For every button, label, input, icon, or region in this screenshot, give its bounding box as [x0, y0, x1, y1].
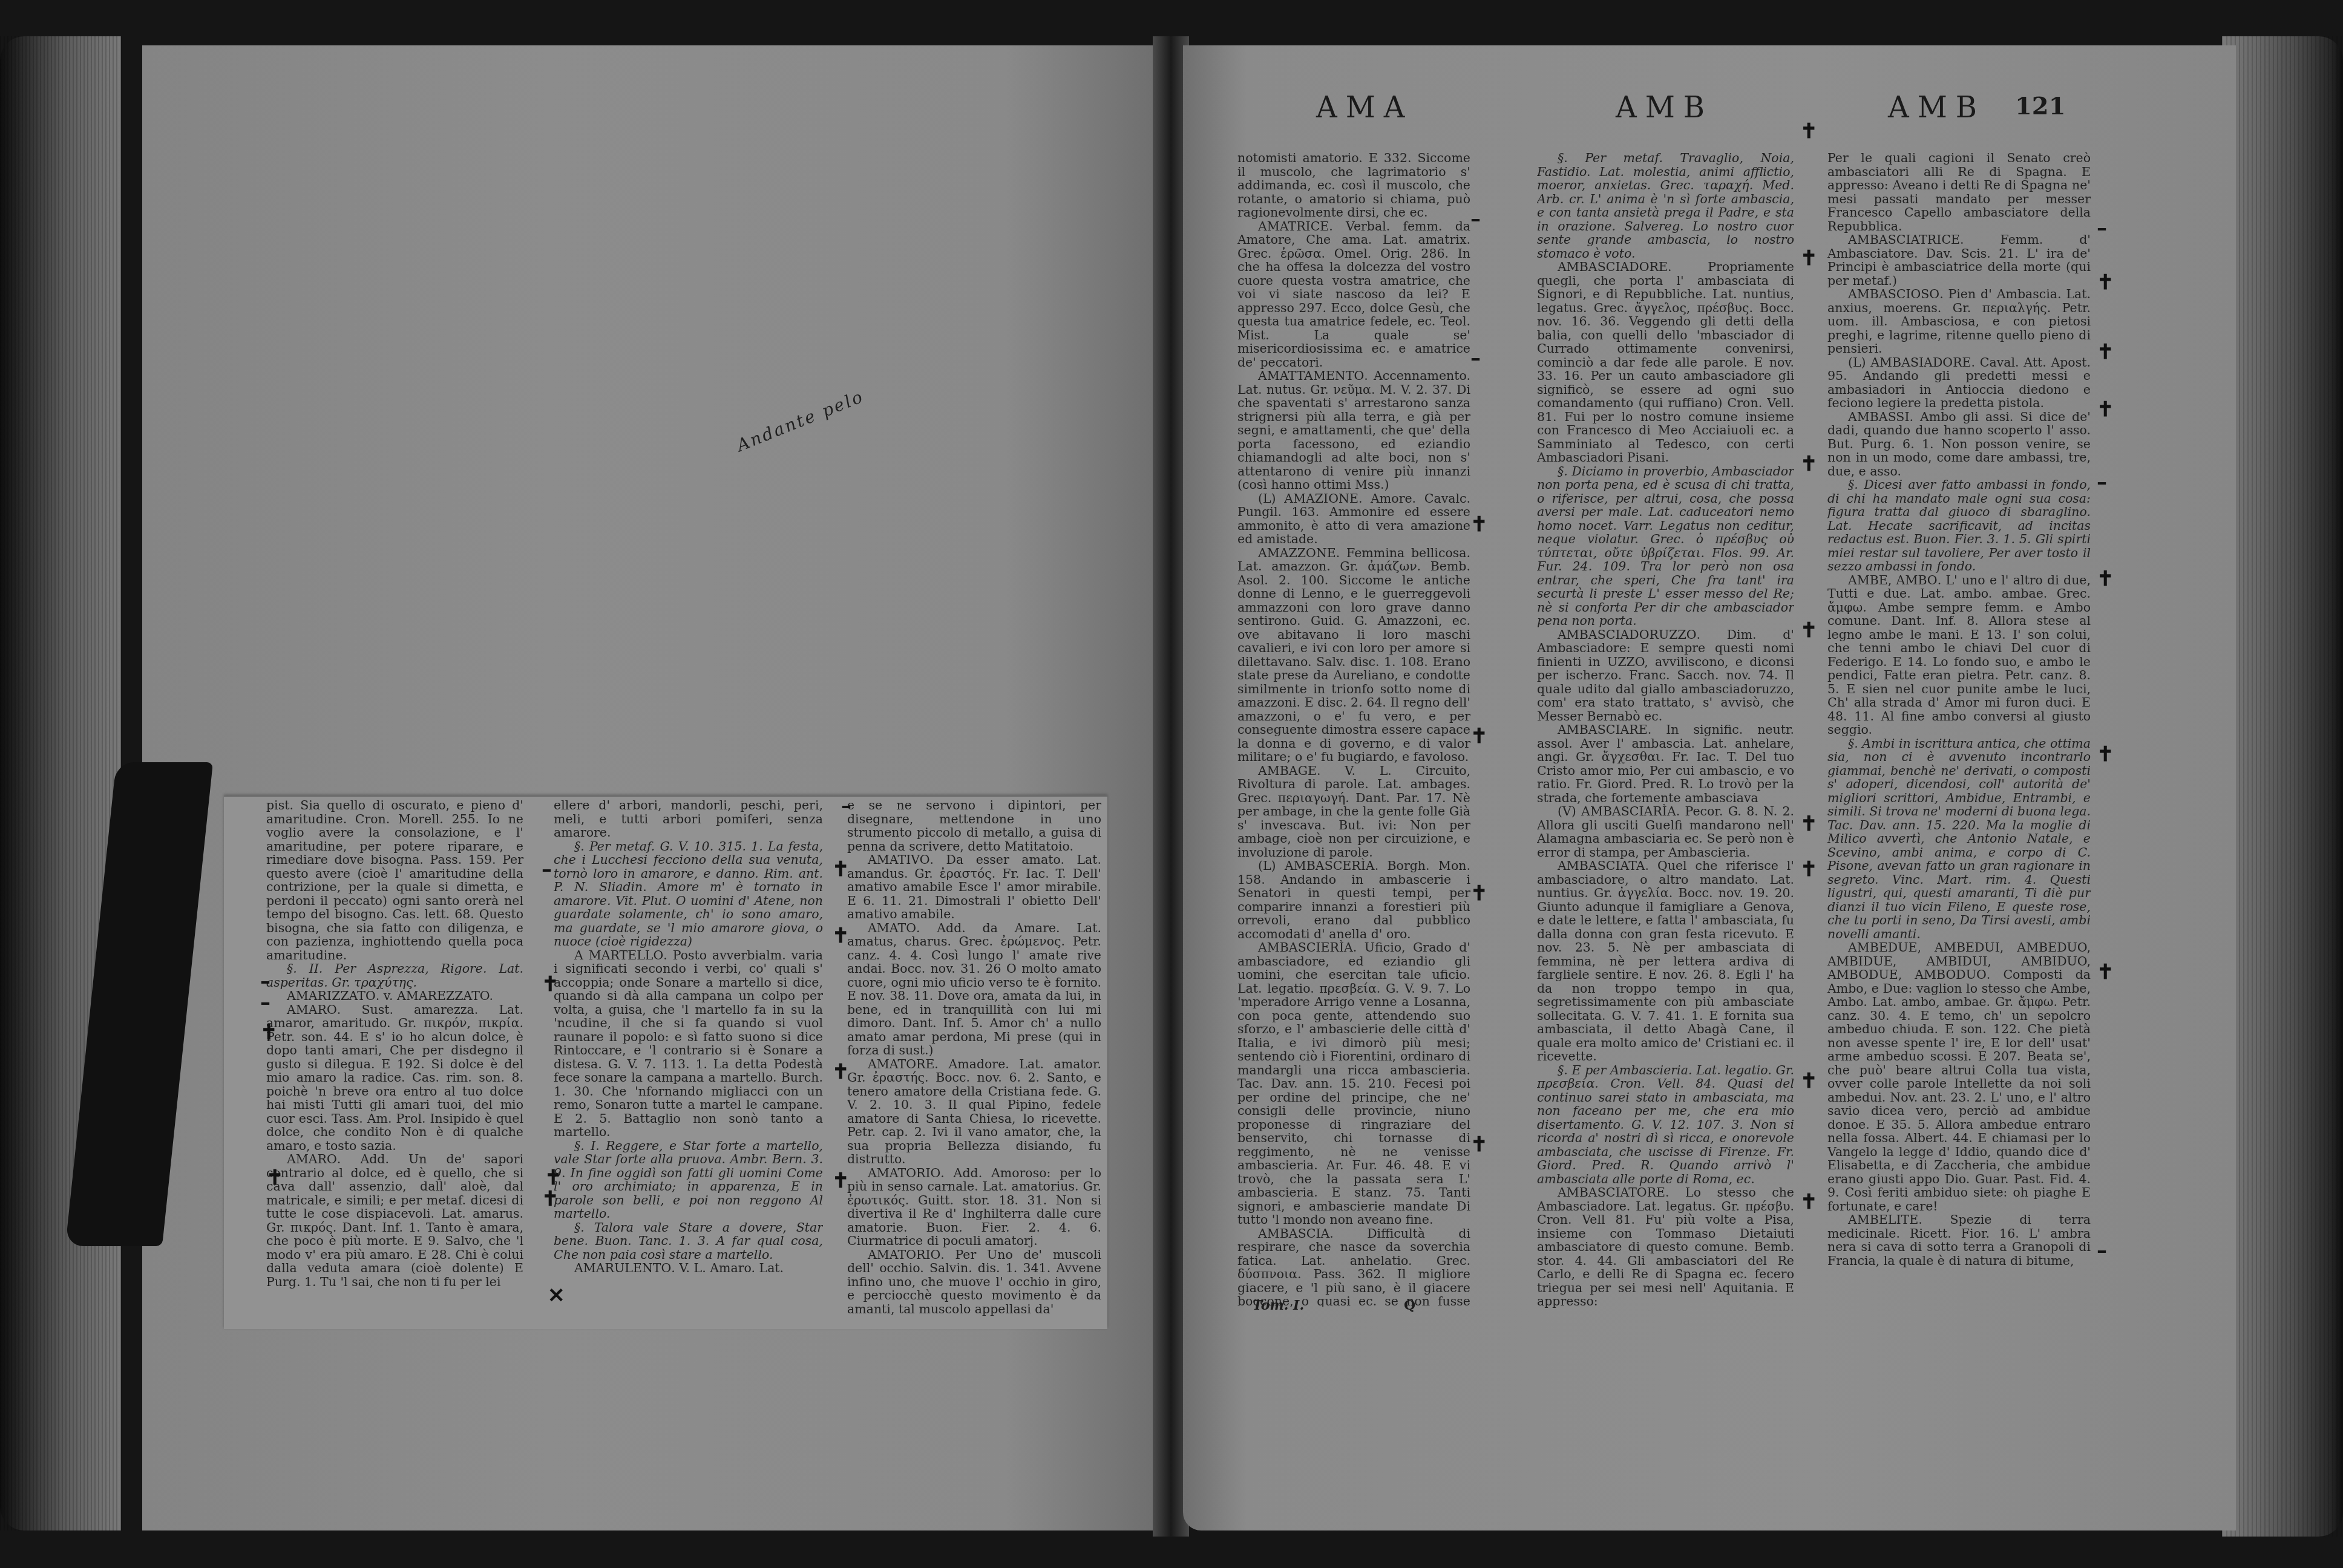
dictionary-subentry: §. E per Ambascieria. Lat. legatio. Gr. …: [1537, 1063, 1794, 1186]
entry-text: . Propriamente quegli, che porta l' amba…: [1537, 260, 1794, 465]
right-page-column-3: Per le quali cagioni il Senato creò amba…: [1827, 151, 2091, 1355]
headword: AMATTAMENTO: [1258, 368, 1364, 383]
entry-text: . Uficio, Grado d' ambasciadore, ed ezia…: [1237, 940, 1470, 1227]
headword: AMBASCIATORE: [1558, 1185, 1665, 1200]
dictionary-entry: AMBASSI. Ambo gli assi. Si dice de' dadi…: [1827, 410, 2091, 479]
entry-text: Per le quali cagioni il Senato creò amba…: [1827, 151, 2091, 234]
margin-dash-mark: –: [2097, 218, 2107, 238]
entry-text: . L' uno e l' altro di due, Tutti e due.…: [1827, 573, 2091, 737]
entry-text: . Posto avverbialm. varia i significati …: [554, 948, 823, 1140]
dictionary-subentry: §. Dicesi aver fatto ambassi in fondo, d…: [1827, 478, 2091, 573]
running-head-3: AMB: [1888, 91, 1985, 125]
margin-cross-mark: ✝: [1470, 514, 1488, 535]
dictionary-entry: AMAZZONE. Femmina bellicosa. Lat. amazzo…: [1237, 546, 1470, 764]
headword: AMBAGE: [1258, 763, 1317, 778]
entry-text: . Amadore. Lat. amator. Gr. ἐραστής. Boc…: [847, 1057, 1101, 1167]
margin-cross-mark: ✝: [1800, 1192, 1818, 1212]
margin-dash-mark: –: [1470, 348, 1481, 368]
dictionary-subentry: §. Per metaf. G. V. 10. 315. 1. La festa…: [554, 840, 823, 949]
headword: AMATRICE: [1258, 219, 1329, 234]
margin-cross-mark: ✝: [832, 926, 850, 946]
margin-cross-mark: ✝: [1800, 620, 1818, 641]
headword: AMBASCIARE: [1558, 722, 1648, 737]
margin-cross-mark: ✝: [2097, 744, 2114, 765]
dictionary-entry: AMARULENTO. V. L. Amaro. Lat.: [554, 1261, 823, 1275]
margin-cross-mark: ✝: [266, 1168, 284, 1188]
margin-cross-mark: ✝: [260, 1022, 278, 1043]
dictionary-entry: AMBASCIARE. In signific. neutr. assol. A…: [1537, 723, 1794, 805]
margin-cross-mark: ✝: [542, 1189, 559, 1209]
entry-text: §. I. Reggere, e Star forte a martello, …: [554, 1138, 823, 1221]
margin-dash-mark: –: [260, 992, 270, 1013]
entry-text: §. Ambi in iscrittura antica, che ottima…: [1827, 736, 2091, 941]
margin-x-mark: ✕: [548, 1285, 565, 1306]
dictionary-entry: AMBASCIATORE. Lo stesso che Ambasciadore…: [1537, 1186, 1794, 1308]
dictionary-entry: (L) AMBASIADORE. Caval. Att. Apost. 95. …: [1827, 356, 2091, 410]
headword: AMBASCIATA: [1558, 858, 1645, 873]
dictionary-entry: AMARO. Add. Un de' sapori contrario al d…: [266, 1152, 523, 1289]
headword: AMARO: [287, 1152, 337, 1166]
margin-cross-mark: ✝: [1800, 248, 1818, 269]
dictionary-entry: AMBASCIOSO. Pien d' Ambascia. Lat. anxiu…: [1827, 287, 2091, 356]
margin-dash-mark: –: [260, 971, 270, 991]
dictionary-subentry: §. II. Per Asprezza, Rigore. Lat. asperi…: [266, 962, 523, 989]
margin-cross-mark: ✝: [1800, 121, 1818, 142]
book-page-edges-left: [0, 36, 121, 1530]
dictionary-entry: AMBEDUE, AMBEDUI, AMBEDUO, AMBIDUE, AMBI…: [1827, 941, 2091, 1213]
entry-text: notomisti amatorio. E 332. Siccome il mu…: [1237, 151, 1470, 220]
headword: AMAZZONE: [1258, 546, 1336, 560]
entry-text: . Femmina bellicosa. Lat. amazzon. Gr. ἀ…: [1237, 546, 1470, 765]
right-page-column-1: notomisti amatorio. E 332. Siccome il mu…: [1237, 151, 1470, 1307]
entry-text: . v. AMAREZZATO.: [376, 988, 493, 1003]
entry-text: . Lo stesso che Ambasciadore. Lat. legat…: [1537, 1185, 1794, 1308]
dictionary-subentry: §. Talora vale Stare a dovere, Star bene…: [554, 1221, 823, 1262]
headword: AMATORIO: [868, 1166, 940, 1180]
margin-cross-mark: ✝: [2097, 272, 2114, 293]
margin-cross-mark: ✝: [2097, 342, 2114, 362]
dictionary-entry: AMATO. Add. da Amare. Lat. amatus, charu…: [847, 921, 1101, 1057]
margin-dash-mark: –: [1470, 209, 1481, 229]
headword: A MARTELLO: [574, 948, 663, 962]
margin-cross-mark: ✝: [545, 1168, 562, 1188]
headword: (V) AMBASCIARÌA: [1558, 804, 1676, 818]
dictionary-entry: AMATTAMENTO. Accennamento. Lat. nutus. G…: [1237, 369, 1470, 492]
volume-footer: Tom. I.: [1253, 1298, 1304, 1313]
headword: AMATORIO: [868, 1247, 940, 1262]
margin-cross-mark: ✝: [2097, 962, 2114, 982]
margin-dash-mark: –: [542, 859, 552, 880]
entry-text: . Verbal. femm. da Amatore, Che ama. Lat…: [1237, 219, 1470, 370]
entry-text: e se ne servono i dipintori, per disegna…: [847, 799, 1101, 854]
dictionary-entry: AMBASCIA. Difficultà di respirare, che n…: [1237, 1227, 1470, 1307]
margin-dash-mark: –: [2097, 472, 2107, 492]
signature-mark: Q: [1404, 1298, 1415, 1313]
dictionary-entry: AMATRICE. Verbal. femm. da Amatore, Che …: [1237, 220, 1470, 370]
dictionary-entry: AMARIZZATO. v. AMAREZZATO.: [266, 989, 523, 1003]
margin-cross-mark: ✝: [832, 859, 850, 880]
headword: AMBASCIOSO: [1848, 287, 1939, 301]
page-number: 121: [2015, 92, 2066, 120]
headword: AMBASCIA: [1258, 1226, 1329, 1241]
book-page-edges-right: [2222, 36, 2343, 1537]
dictionary-subentry: §. I. Reggere, e Star forte a martello, …: [554, 1139, 823, 1221]
margin-cross-mark: ✝: [1470, 726, 1488, 746]
headword: AMBASCIADORUZZO: [1558, 627, 1697, 642]
headword: AMARIZZATO: [287, 988, 376, 1003]
continued-text: e se ne servono i dipintori, per disegna…: [847, 799, 1101, 853]
dictionary-entry: AMBASCIERÌA. Uficio, Grado d' ambasciado…: [1237, 941, 1470, 1227]
margin-cross-mark: ✝: [1800, 859, 1818, 880]
margin-cross-mark: ✝: [542, 974, 559, 995]
dictionary-entry: AMATIVO. Da esser amato. Lat. amandus. G…: [847, 853, 1101, 921]
entry-text: §. Per metaf. Travaglio, Noia, Fastidio.…: [1537, 151, 1794, 261]
headword: AMARULENTO: [574, 1261, 671, 1275]
entry-text: . V. L. Amaro. Lat.: [671, 1261, 784, 1275]
margin-cross-mark: ✝: [2097, 569, 2114, 589]
dictionary-subentry: §. Per metaf. Travaglio, Noia, Fastidio.…: [1537, 151, 1794, 260]
left-page-column-3: e se ne servono i dipintori, per disegna…: [847, 799, 1101, 1325]
headword: (L) AMBASCERÌA: [1258, 858, 1375, 873]
entry-text: . V. L. Circuito, Rivoltura di parole. L…: [1237, 763, 1470, 860]
headword: AMBASCIADORE: [1558, 260, 1668, 274]
left-page-column-2: ellere d' arbori, mandorli, peschi, peri…: [554, 799, 823, 1325]
dictionary-entry: (L) AMBASCERÌA. Borgh. Mon. 158. Andando…: [1237, 859, 1470, 941]
headword: AMBASCIATRICE: [1848, 232, 1960, 247]
entry-text: . Accennamento. Lat. nutus. Gr. νεῦμα. M…: [1237, 368, 1470, 492]
entry-text: §. E per Ambascieria. Lat. legatio. Gr. …: [1537, 1063, 1794, 1186]
entry-text: §. Diciamo in proverbio, Ambasciador non…: [1537, 464, 1794, 629]
margin-cross-mark: ✝: [2097, 399, 2114, 420]
continued-text: Per le quali cagioni il Senato creò amba…: [1827, 151, 2091, 233]
dictionary-entry: AMBE, AMBO. L' uno e l' altro di due, Tu…: [1827, 573, 2091, 737]
headword: AMBASSI: [1848, 410, 1910, 424]
entry-text: . Add. Un de' sapori contrario al dolce,…: [266, 1152, 523, 1289]
margin-cross-mark: ✝: [1800, 454, 1818, 474]
entry-text: ellere d' arbori, mandorli, peschi, peri…: [554, 799, 823, 840]
left-page-column-1: pist. Sia quello di oscurato, e pieno d'…: [266, 799, 523, 1325]
headword: AMARO: [287, 1002, 337, 1017]
entry-text: pist. Sia quello di oscurato, e pieno d'…: [266, 799, 523, 962]
dictionary-entry: (L) AMAZIONE. Amore. Cavalc. Pungil. 163…: [1237, 492, 1470, 546]
dictionary-entry: AMBASCIATA. Quel che riferisce l' ambasc…: [1537, 859, 1794, 1063]
margin-cross-mark: ✝: [1470, 883, 1488, 904]
entry-text: §. II. Per Asprezza, Rigore. Lat. asperi…: [266, 961, 523, 990]
margin-cross-mark: ✝: [832, 1171, 850, 1191]
headword: AMATIVO: [868, 852, 930, 867]
entry-text: §. Talora vale Stare a dovere, Star bene…: [554, 1220, 823, 1262]
margin-dash-mark: –: [2097, 1240, 2107, 1261]
margin-cross-mark: ✝: [832, 1062, 850, 1082]
dictionary-entry: AMATORIO. Add. Amoroso: per lo più in se…: [847, 1166, 1101, 1248]
dictionary-entry: AMBAGE. V. L. Circuito, Rivoltura di par…: [1237, 764, 1470, 860]
running-head-2: AMB: [1616, 91, 1713, 125]
margin-cross-mark: ✝: [1800, 814, 1818, 834]
headword: (L) AMBASIADORE: [1848, 355, 1971, 370]
entry-text: . Dim. d' Ambasciadore: E sempre questi …: [1537, 627, 1794, 724]
dictionary-entry: AMARO. Sust. amarezza. Lat. amaror, amar…: [266, 1003, 523, 1153]
entry-text: . Sust. amarezza. Lat. amaror, amaritudo…: [266, 1002, 523, 1153]
margin-dash-mark: –: [841, 795, 851, 816]
right-page-column-2: §. Per metaf. Travaglio, Noia, Fastidio.…: [1537, 151, 1794, 1355]
dictionary-subentry: §. Diciamo in proverbio, Ambasciador non…: [1537, 465, 1794, 628]
dictionary-entry: (V) AMBASCIARÌA. Pecor. G. 8. N. 2. Allo…: [1537, 805, 1794, 859]
headword: AMBASCIERÌA: [1258, 940, 1353, 955]
headword: (L) AMAZIONE: [1258, 491, 1358, 506]
dictionary-entry: AMBELITE. Spezie di terra medicinale. Ri…: [1827, 1213, 2091, 1267]
headword: AMBELITE: [1848, 1212, 1918, 1227]
entry-text: §. Dicesi aver fatto ambassi in fondo, d…: [1827, 477, 2091, 573]
dictionary-entry: AMBASCIADORE. Propriamente quegli, che p…: [1537, 260, 1794, 465]
dictionary-entry: AMBASCIATRICE. Femm. d' Ambasciatore. Da…: [1827, 233, 2091, 287]
headword: AMATO: [868, 921, 916, 935]
entry-text: . Composti da Ambo, e Due: vaglion lo st…: [1827, 967, 2091, 1214]
margin-cross-mark: ✝: [1800, 1071, 1818, 1091]
dictionary-entry: AMATORIO. Per Uno de' muscoli dell' occh…: [847, 1248, 1101, 1316]
continued-text: pist. Sia quello di oscurato, e pieno d'…: [266, 799, 523, 962]
dictionary-subentry: §. Ambi in iscrittura antica, che ottima…: [1827, 737, 2091, 941]
entry-text: . Quel che riferisce l' ambasciadore, o …: [1537, 858, 1794, 1063]
margin-cross-mark: ✝: [1470, 1134, 1488, 1155]
entry-text: §. Per metaf. G. V. 10. 315. 1. La festa…: [554, 839, 823, 949]
headword: AMATORE: [868, 1057, 934, 1071]
continued-text: ellere d' arbori, mandorli, peschi, peri…: [554, 799, 823, 840]
running-head-1: AMA: [1316, 91, 1413, 125]
dictionary-entry: AMATORE. Amadore. Lat. amator. Gr. ἐραστ…: [847, 1057, 1101, 1166]
entry-text: . Add. da Amare. Lat. amatus, charus. Gr…: [847, 921, 1101, 1058]
dictionary-entry: AMBASCIADORUZZO. Dim. d' Ambasciadore: E…: [1537, 628, 1794, 724]
dictionary-entry: A MARTELLO. Posto avverbialm. varia i si…: [554, 949, 823, 1139]
continued-text: notomisti amatorio. E 332. Siccome il mu…: [1237, 151, 1470, 220]
headword: AMBE, AMBO: [1848, 573, 1938, 587]
